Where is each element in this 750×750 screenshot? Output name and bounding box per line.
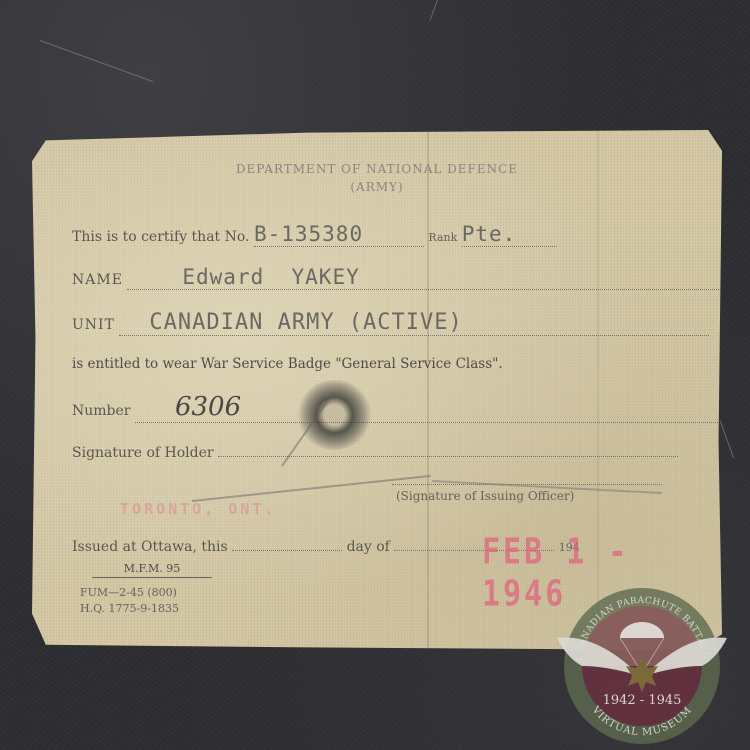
badge-number: 6306 bbox=[175, 392, 241, 422]
ink-smudge bbox=[297, 380, 372, 450]
parachute-battalion-logo: 1st CANADIAN PARACHUTE BATTALION 1942 - … bbox=[552, 578, 732, 748]
rank-label: Rank bbox=[428, 231, 457, 244]
surface-scratch bbox=[430, 0, 451, 21]
form-code: M.F.M. 95 bbox=[92, 562, 212, 578]
unit-value: CANADIAN ARMY (ACTIVE) bbox=[149, 310, 462, 335]
holder-signature-line: Signature of Holder bbox=[72, 440, 692, 461]
surface-scratch bbox=[720, 420, 735, 458]
name-label: NAME bbox=[72, 272, 123, 288]
issuing-officer-line: (Signature of Issuing Officer) bbox=[392, 482, 692, 503]
certify-line: This is to certify that No. B-135380 Ran… bbox=[72, 222, 692, 247]
department-heading: DEPARTMENT OF NATIONAL DEFENCE bbox=[32, 162, 722, 176]
entitled-statement: is entitled to wear War Service Badge "G… bbox=[72, 356, 692, 372]
years-text: 1942 - 1945 bbox=[603, 693, 682, 708]
army-subheading: (ARMY) bbox=[32, 180, 722, 194]
day-of-label: day of bbox=[347, 539, 390, 555]
surface-scratch bbox=[40, 40, 153, 82]
unit-line: UNIT CANADIAN ARMY (ACTIVE) bbox=[72, 310, 692, 336]
unit-label: UNIT bbox=[72, 317, 115, 333]
name-line: NAME Edward YAKEY bbox=[72, 265, 692, 290]
virtual-museum-watermark: 1st CANADIAN PARACHUTE BATTALION 1942 - … bbox=[552, 578, 732, 748]
holder-signature-label: Signature of Holder bbox=[72, 445, 214, 461]
service-badge-certificate: DEPARTMENT OF NATIONAL DEFENCE (ARMY) Th… bbox=[32, 130, 722, 650]
issuing-officer-label: (Signature of Issuing Officer) bbox=[392, 489, 692, 503]
service-number: B-135380 bbox=[254, 222, 363, 246]
card-fold-line bbox=[427, 130, 429, 650]
name-value: Edward YAKEY bbox=[182, 265, 359, 289]
rank-value: Pte. bbox=[462, 222, 517, 246]
certify-label: This is to certify that No. bbox=[72, 229, 250, 245]
number-line: Number 6306 bbox=[72, 392, 692, 423]
issued-label: Issued at Ottawa, this bbox=[72, 539, 228, 555]
city-stamp: TORONTO, ONT. bbox=[120, 500, 276, 518]
number-label: Number bbox=[72, 403, 130, 419]
